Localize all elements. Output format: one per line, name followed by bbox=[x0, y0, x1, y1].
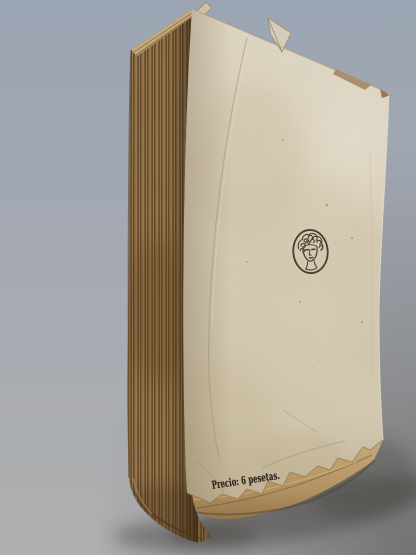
photo-scene: Precio: 6 pesetas. bbox=[0, 0, 416, 555]
book-photo-illustration bbox=[0, 0, 416, 555]
